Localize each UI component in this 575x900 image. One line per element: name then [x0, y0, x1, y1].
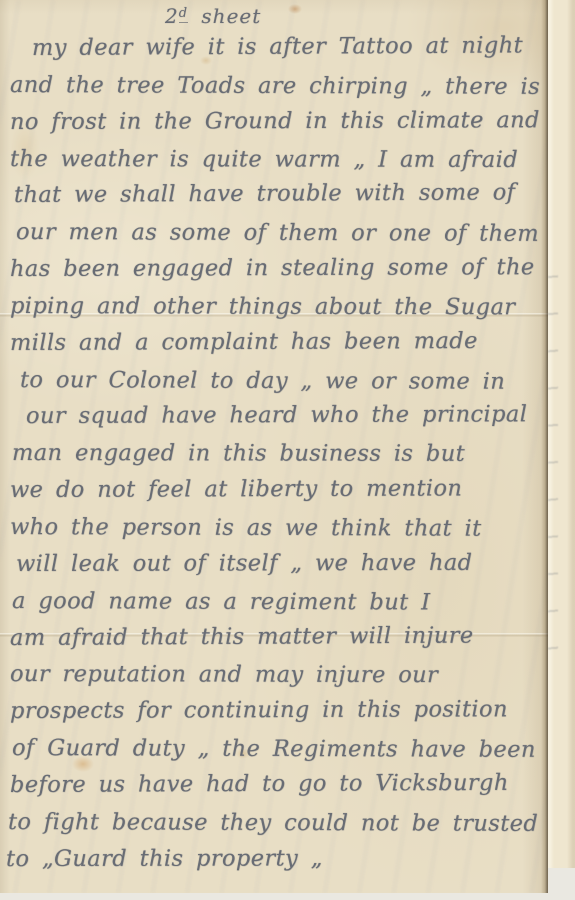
handwritten-line: prospects for continuing in this positio…	[10, 691, 545, 730]
handwritten-line: and the tree Toads are chirping „ there …	[10, 67, 545, 106]
handwritten-line: mills and a complaint has been made	[10, 322, 545, 361]
handwritten-line: will leak out of itself „ we have had	[16, 544, 545, 582]
handwritten-line: my dear wife it is after Tattoo at night	[32, 27, 545, 67]
handwritten-line: to fight because they could not be trust…	[8, 804, 545, 843]
sheet-number: 2	[165, 4, 179, 28]
sheet-word: sheet	[201, 4, 261, 28]
handwritten-line: that we shall have trouble with some of	[14, 175, 545, 215]
sheet-number-ordinal: d	[179, 6, 188, 23]
handwritten-line: the weather is quite warm „ I am afraid	[10, 141, 545, 179]
handwritten-line: before us have had to go to Vicksburgh	[10, 765, 545, 804]
handwritten-line: man engaged in this business is but	[12, 435, 545, 473]
handwritten-line: we do not feel at liberty to mention	[10, 470, 545, 509]
handwritten-line: to „Guard this property „	[6, 840, 545, 878]
sheet-number-heading: 2d sheet	[165, 2, 545, 30]
handwritten-line: of Guard duty „ the Regiments have been	[12, 730, 545, 769]
handwritten-line: our men as some of them or one of them	[16, 214, 545, 253]
scan-background-strip	[0, 893, 575, 900]
handwritten-line: am afraid that this matter will injure	[10, 617, 545, 657]
handwriting-layer: 2d sheet my dear wife it is after Tattoo…	[10, 2, 545, 877]
letter-body: my dear wife it is after Tattoo at night…	[10, 30, 545, 877]
handwritten-line: our squad have heard who the principal	[26, 397, 545, 436]
adjacent-page-writing-edge	[548, 250, 558, 670]
scanned-letter-image: 2d sheet my dear wife it is after Tattoo…	[0, 0, 575, 900]
handwritten-line: who the person is as we think that it	[10, 509, 545, 548]
handwritten-line: no frost in the Ground in this climate a…	[10, 102, 545, 141]
handwritten-line: our reputation and may injure our	[10, 656, 545, 694]
handwritten-line: to our Colonel to day „ we or some in	[20, 362, 545, 401]
handwritten-line: piping and other things about the Sugar	[10, 288, 545, 326]
vertical-page-fold	[541, 0, 548, 893]
handwritten-line: has been engaged in stealing some of the	[10, 249, 545, 288]
handwritten-line: a good name as a regiment but I	[12, 583, 545, 622]
